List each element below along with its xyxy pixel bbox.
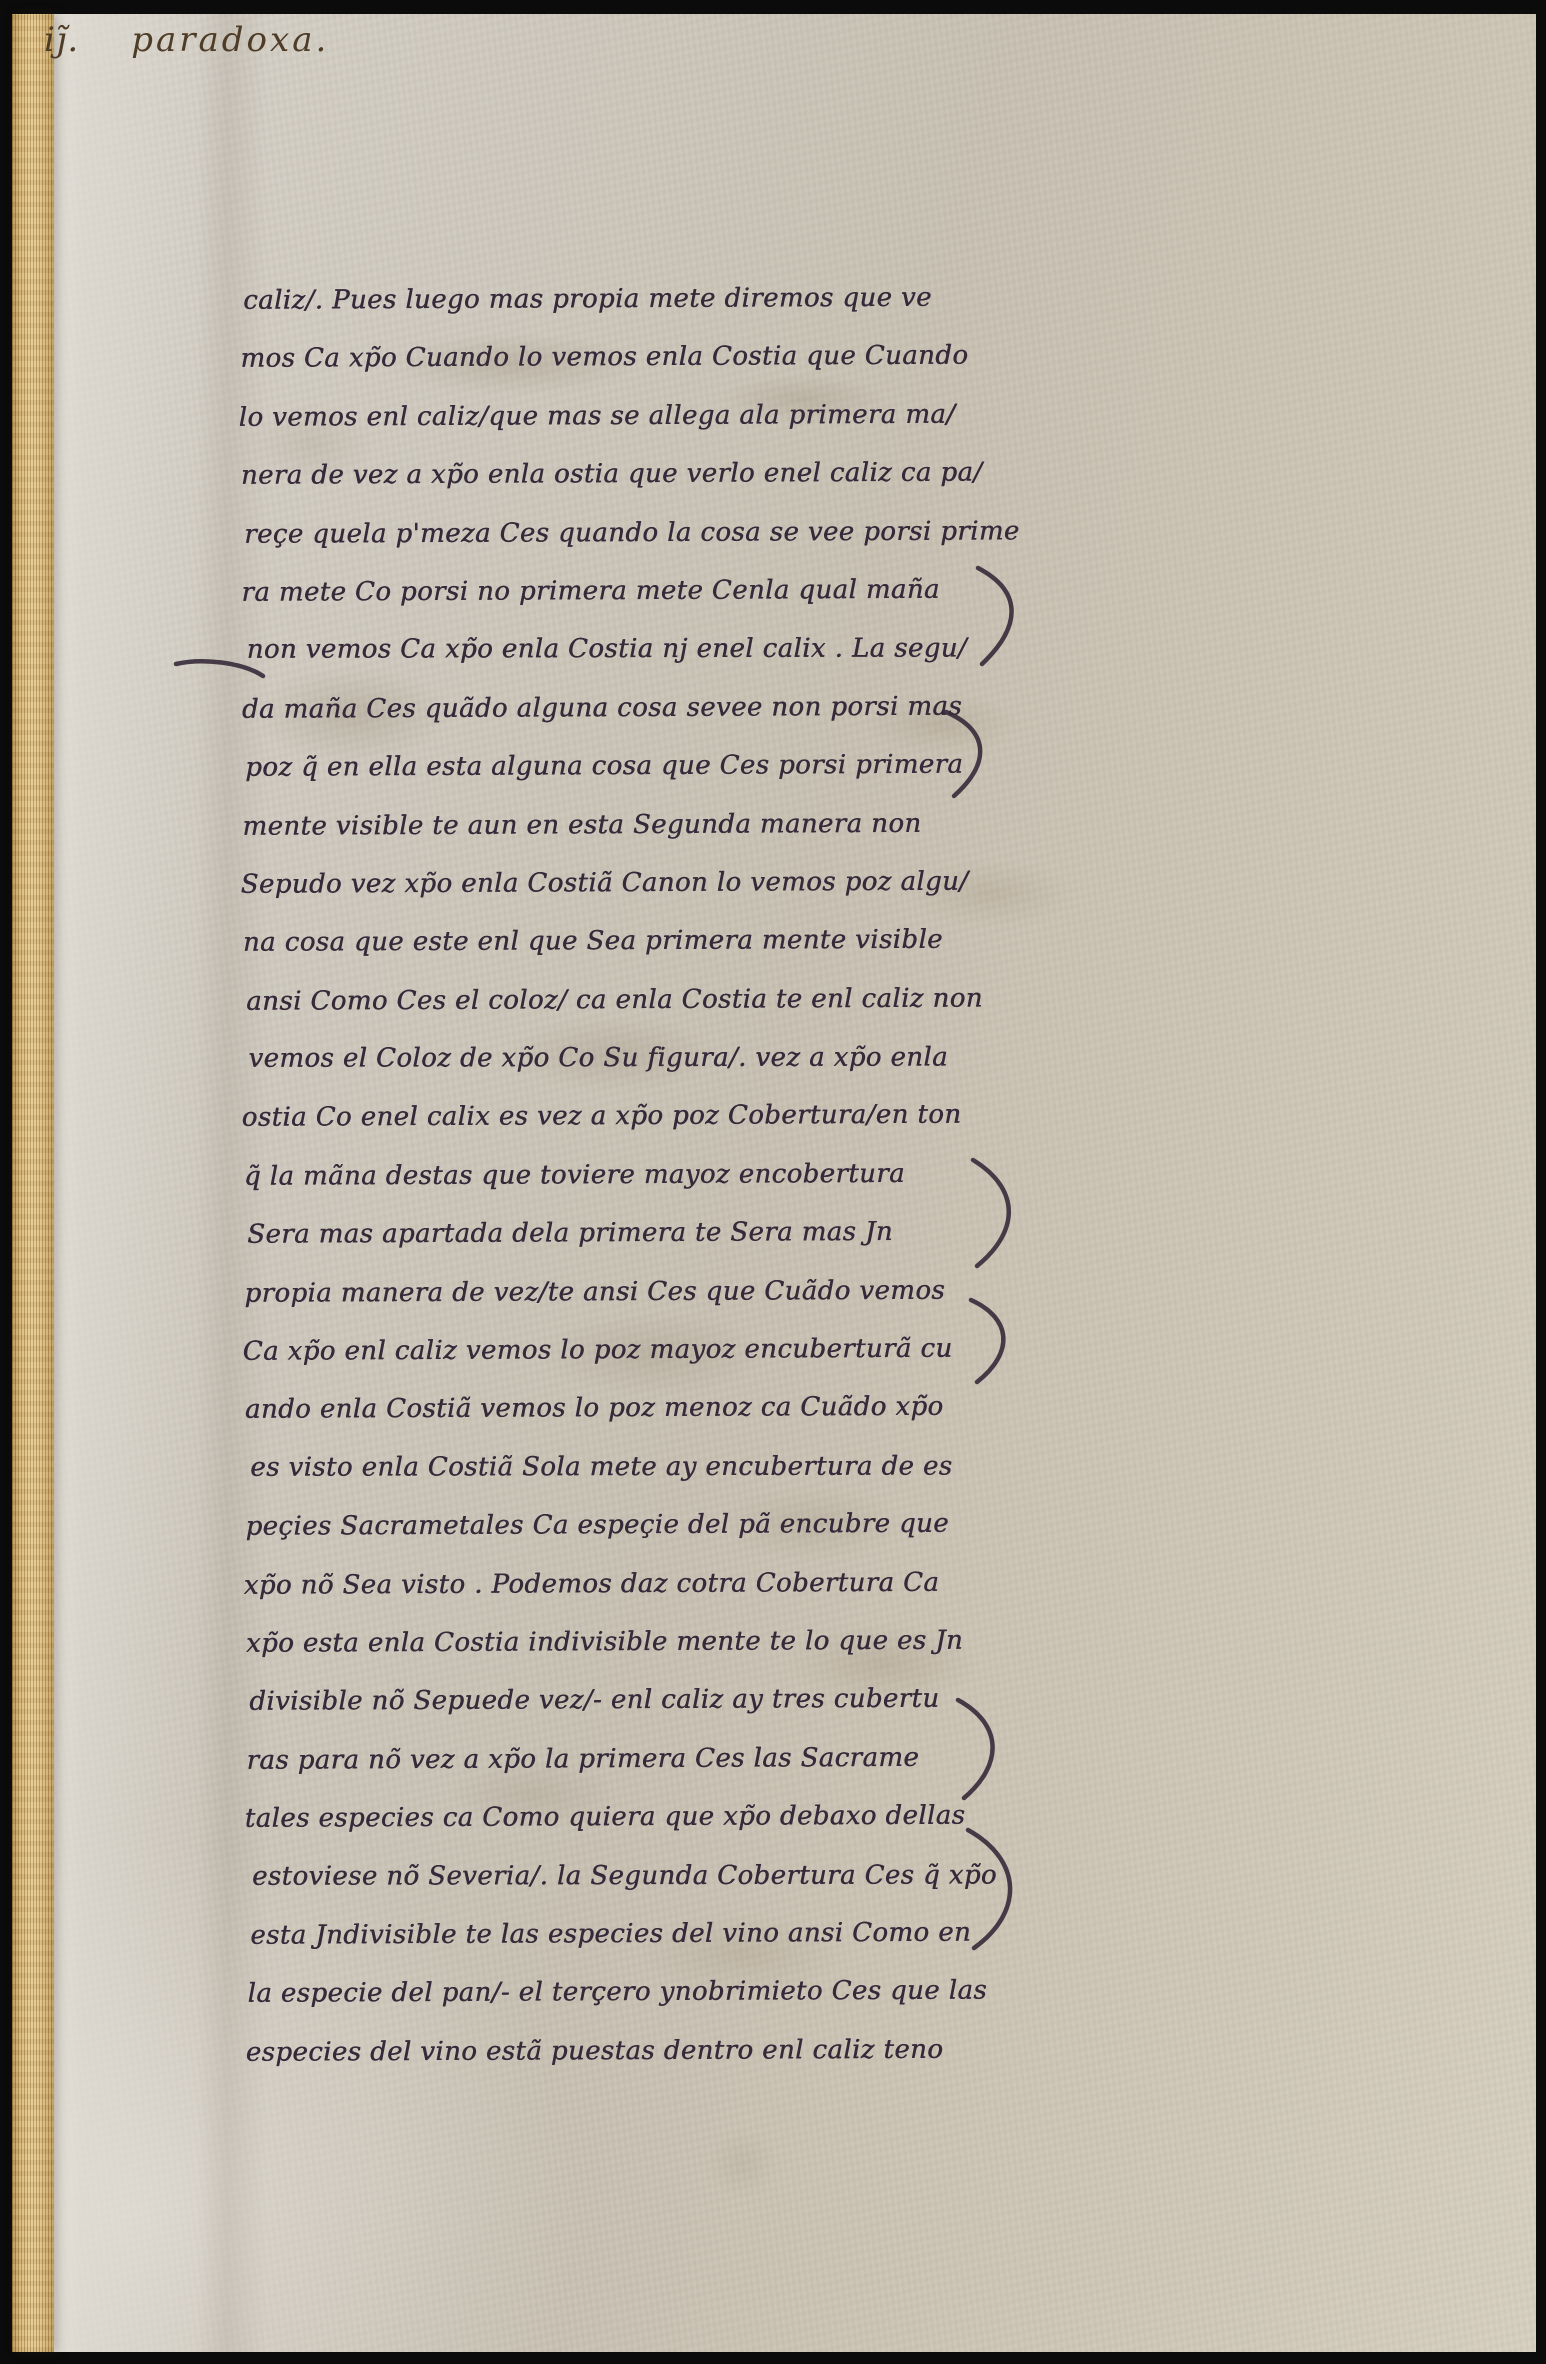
manuscript-line: estoviese nõ Severia/. la Segunda Cobert… <box>252 1846 1020 1906</box>
manuscript-line: poz q̃ en ella esta alguna cosa que Ces … <box>245 735 1013 797</box>
manuscript-line: lo vemos enl caliz/que mas se allega ala… <box>239 385 1007 447</box>
manuscript-line: caliz/. Pues luego mas propia mete direm… <box>243 268 1011 330</box>
manuscript-line: nera de vez a xp̃o enla ostia que verlo … <box>241 444 1009 506</box>
folio-number: ij̃. <box>44 20 79 60</box>
manuscript-line: Ca xp̃o enl caliz vemos lo poz mayoz enc… <box>243 1319 1011 1381</box>
manuscript-line: divisible nõ Sepuede vez/- enl caliz ay … <box>249 1670 1017 1732</box>
manuscript-line: ostia Co enel calix es vez a xp̃o poz Co… <box>242 1086 1010 1148</box>
manuscript-line: Sera mas apartada dela primera te Sera m… <box>247 1203 1015 1265</box>
manuscript-photo: { "page": { "header": { "folio": "ij̃.",… <box>0 0 1546 2364</box>
manuscript-line: es visto enla Costiã Sola mete ay encube… <box>250 1437 1018 1497</box>
manuscript-line: mente visible te aun en esta Segunda man… <box>242 794 1010 856</box>
manuscript-line: esta Jndivisible te las especies del vin… <box>250 1903 1018 1965</box>
manuscript-line: especies del vino estã puestas dentro en… <box>246 2020 1014 2082</box>
manuscript-line: reçe quela p'meza Ces quando la cosa se … <box>244 502 1012 564</box>
manuscript-line: mos Ca xp̃o Cuando lo vemos enla Costia … <box>240 327 1008 389</box>
manuscript-line: non vemos Ca xp̃o enla Costia nj enel ca… <box>247 620 1015 680</box>
manuscript-line: xp̃o nõ Sea visto . Podemos daz cotra Co… <box>244 1553 1012 1615</box>
manuscript-line: propia manera de vez/te ansi Ces que Cuã… <box>244 1261 1012 1323</box>
manuscript-line: xp̃o esta enla Costia indivisible mente … <box>246 1611 1014 1673</box>
manuscript-line: la especie del pan/- el terçero ynobrimi… <box>247 1962 1015 2024</box>
manuscript-line: Sepudo vez xp̃o enla Costiã Canon lo vem… <box>241 852 1009 914</box>
manuscript-page: ij̃.paradoxa. caliz/. Pues luego mas pro… <box>12 14 1536 2352</box>
manuscript-line: ras para nõ vez a xp̃o la primera Ces la… <box>246 1728 1014 1790</box>
manuscript-line: ansi Como Ces el coloz/ ca enla Costia t… <box>246 969 1014 1031</box>
manuscript-line: vemos el Coloz de xp̃o Co Su figura/. ve… <box>248 1028 1016 1088</box>
manuscript-line: ra mete Co porsi no primera mete Cenla q… <box>241 560 1009 622</box>
manuscript-line: q̃ la mãna destas que toviere mayoz enco… <box>244 1144 1012 1206</box>
manuscript-line: na cosa que este enl que Sea primera men… <box>243 911 1011 973</box>
manuscript-line: peçies Sacrametales Ca espeçie del pã en… <box>245 1495 1013 1557</box>
manuscript-text-block: caliz/. Pues luego mas propia mete direm… <box>240 268 1016 2081</box>
manuscript-line: tales especies ca Como quiera que xp̃o d… <box>245 1786 1013 1848</box>
page-header: ij̃.paradoxa. <box>44 20 329 60</box>
manuscript-line: ando enla Costiã vemos lo poz menoz ca C… <box>245 1378 1013 1440</box>
page-title: paradoxa. <box>131 20 329 60</box>
binding-edge <box>12 14 54 2352</box>
manuscript-line: da maña Ces quãdo alguna cosa sevee non … <box>242 677 1010 739</box>
